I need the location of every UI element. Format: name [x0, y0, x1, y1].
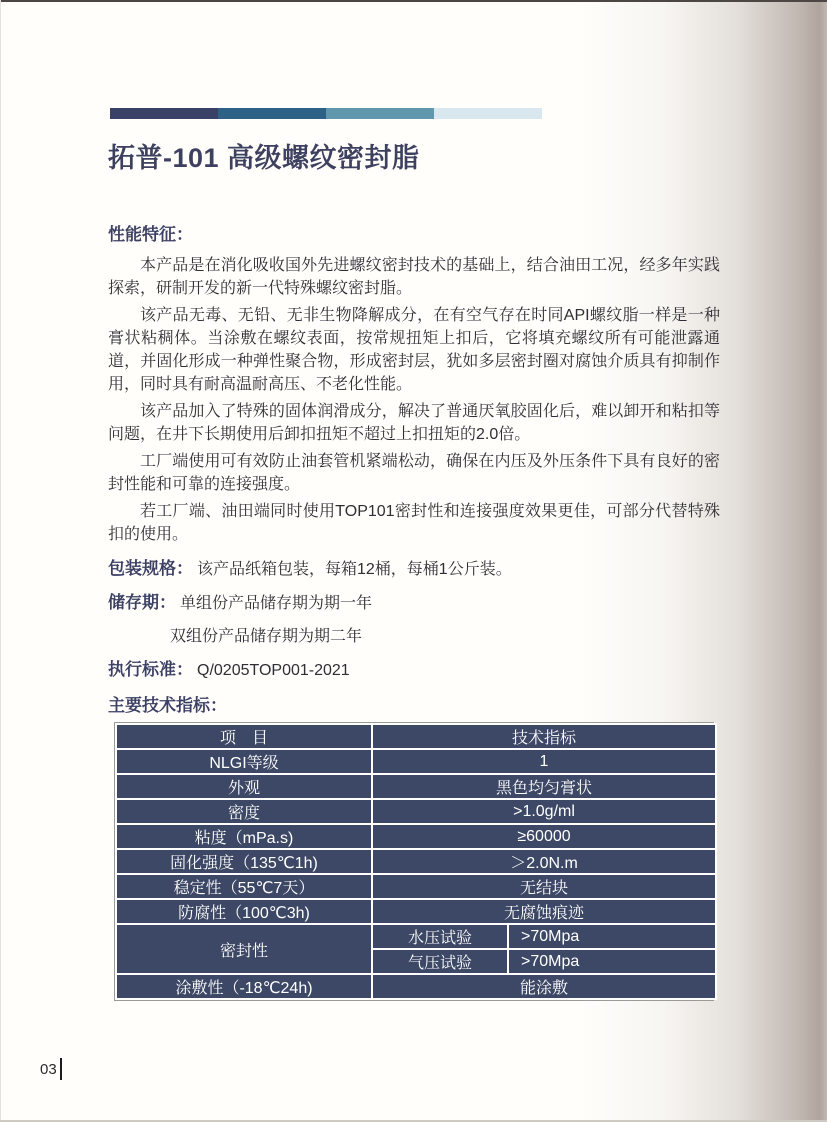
item-cell: 密度 — [116, 799, 372, 824]
storage-text-1: 单组份产品储存期为期一年 — [180, 595, 372, 612]
page-top-edge-line — [0, 0, 827, 2]
page-number-divider — [60, 1058, 62, 1080]
table-row: NLGI等级 1 — [116, 749, 716, 774]
header-color-bar — [110, 108, 542, 119]
spec-table: 项 目 技术指标 NLGI等级 1 外观 黑色均匀膏状 密度 >1.0g/ml … — [114, 722, 714, 1001]
table-row: 粘度（mPa.s) ≥60000 — [116, 824, 716, 849]
header-bar-segment-3 — [326, 108, 434, 119]
table-row-seal-1: 密封性 水压试验 >70Mpa — [116, 924, 716, 949]
seal-test-name: 水压试验 — [372, 924, 508, 949]
page-title: 拓普-101 高级螺纹密封脂 — [108, 136, 420, 175]
standard-value: Q/0205TOP001-2021 — [197, 662, 350, 679]
page-content: 性能特征： 本产品是在消化吸收国外先进螺纹密封技术的基础上，结合油田工况，经多年… — [108, 224, 720, 717]
page-left-edge-line — [0, 0, 1, 1122]
table-header-value: 技术指标 — [372, 724, 716, 749]
storage-line-1: 储存期：单组份产品储存期为期一年 — [108, 593, 720, 614]
table-header-item: 项 目 — [116, 724, 372, 749]
value-cell: 1 — [372, 749, 716, 774]
seal-test-value: >70Mpa — [508, 949, 716, 974]
table-header-row: 项 目 技术指标 — [116, 724, 716, 749]
header-bar-segment-1 — [110, 108, 218, 119]
feature-paragraph: 若工厂端、油田端同时使用TOP101密封性和连接强度效果更佳，可部分代替特殊扣的… — [108, 500, 720, 546]
header-bar-segment-2 — [218, 108, 326, 119]
table-row: 稳定性（55℃7天） 无结块 — [116, 874, 716, 899]
table-row: 密度 >1.0g/ml — [116, 799, 716, 824]
item-cell: NLGI等级 — [116, 749, 372, 774]
table-row: 涂敷性（-18℃24h) 能涂敷 — [116, 974, 716, 999]
packaging-line: 包装规格：该产品纸箱包装，每箱12桶，每桶1公斤装。 — [108, 559, 720, 580]
item-cell: 涂敷性（-18℃24h) — [116, 974, 372, 999]
value-cell: 无结块 — [372, 874, 716, 899]
item-cell: 固化强度（135℃1h) — [116, 849, 372, 874]
header-bar-segment-4 — [434, 108, 542, 119]
value-cell: 黑色均匀膏状 — [372, 774, 716, 799]
packaging-label: 包装规格： — [108, 559, 193, 578]
feature-paragraph: 该产品加入了特殊的固体润滑成分，解决了普通厌氧胶固化后，难以卸开和粘扣等问题，在… — [108, 400, 720, 446]
packaging-text: 该产品纸箱包装，每箱12桶，每桶1公斤装。 — [197, 561, 512, 578]
feature-paragraph: 本产品是在消化吸收国外先进螺纹密封技术的基础上，结合油田工况，经多年实践探索，研… — [108, 254, 720, 300]
feature-paragraph: 工厂端使用可有效防止油套管机紧端松动，确保在内压及外压条件下具有良好的密封性能和… — [108, 450, 720, 496]
standard-line: 执行标准：Q/0205TOP001-2021 — [108, 660, 720, 681]
table-heading: 主要技术指标： — [108, 696, 227, 715]
table-row: 固化强度（135℃1h) ＞2.0N.m — [116, 849, 716, 874]
feature-paragraph: 该产品无毒、无铅、无非生物降解成分，在有空气存在时同API螺纹脂一样是一种膏状粘… — [108, 304, 720, 396]
seal-test-value: >70Mpa — [508, 924, 716, 949]
item-cell: 稳定性（55℃7天） — [116, 874, 372, 899]
storage-label: 储存期： — [108, 593, 176, 612]
storage-text-2: 双组份产品储存期为期二年 — [170, 628, 362, 645]
item-cell: 防腐性（100℃3h) — [116, 899, 372, 924]
page-number: 03 — [40, 1061, 57, 1078]
value-cell: ＞2.0N.m — [372, 849, 716, 874]
value-cell: ≥60000 — [372, 824, 716, 849]
standard-label: 执行标准： — [108, 660, 193, 679]
table-heading-line: 主要技术指标： — [108, 696, 720, 717]
table-row: 外观 黑色均匀膏状 — [116, 774, 716, 799]
document-page: { "page": { "number": "03" }, "header": … — [0, 0, 827, 1122]
item-cell: 粘度（mPa.s) — [116, 824, 372, 849]
value-cell: >1.0g/ml — [372, 799, 716, 824]
value-cell: 无腐蚀痕迹 — [372, 899, 716, 924]
features-heading: 性能特征： — [108, 224, 720, 246]
seal-test-name: 气压试验 — [372, 949, 508, 974]
table-row: 防腐性（100℃3h) 无腐蚀痕迹 — [116, 899, 716, 924]
storage-line-2: 双组份产品储存期为期二年 — [170, 627, 720, 647]
item-cell-seal: 密封性 — [116, 924, 372, 974]
value-cell: 能涂敷 — [372, 974, 716, 999]
item-cell: 外观 — [116, 774, 372, 799]
